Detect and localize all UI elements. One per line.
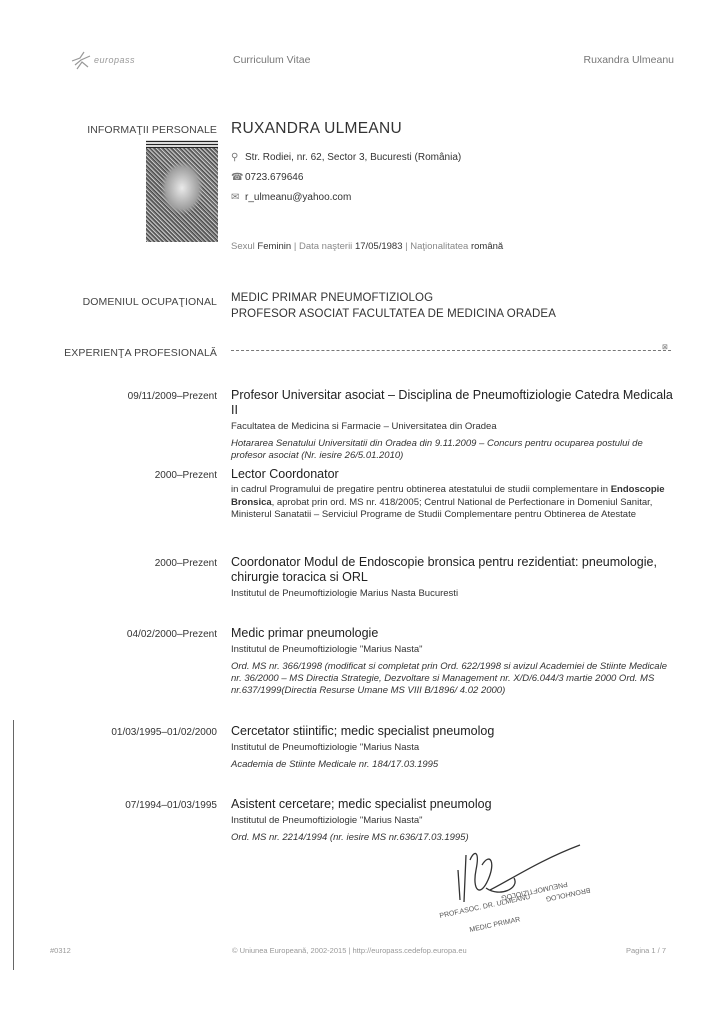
- header-person-name: Ruxandra Ulmeanu: [584, 54, 674, 66]
- europass-logo: europass: [70, 50, 160, 70]
- job-title: Asistent cercetare; medic specialist pne…: [231, 797, 676, 812]
- occupation-line-2: PROFESOR ASOCIAT FACULTATEA DE MEDICINA …: [231, 308, 556, 320]
- job-description: in cadrul Programului de pregatire pentr…: [231, 484, 676, 522]
- birth-date-value: 17/05/1983: [355, 241, 403, 252]
- job-note: Ord. MS nr. 366/1998 (modificat si compl…: [231, 661, 676, 697]
- job-date: 2000–Prezent: [0, 470, 217, 481]
- nationality-label: Naţionalitatea: [410, 241, 468, 252]
- job-entry: Asistent cercetare; medic specialist pne…: [231, 797, 676, 844]
- job-note: Hotararea Senatului Universitatii din Or…: [231, 438, 676, 462]
- europass-star-icon: [70, 51, 90, 69]
- personal-details-line: Sexul Feminin | Data naşterii 17/05/1983…: [231, 241, 503, 252]
- address-text: Str. Rodiei, nr. 62, Sector 3, Bucuresti…: [245, 152, 461, 163]
- svg-text:MEDIC PRIMAR: MEDIC PRIMAR: [469, 916, 521, 934]
- job-organization: Institutul de Pneumoftiziologie Marius N…: [231, 588, 676, 600]
- page-edge-line: [13, 720, 14, 970]
- job-entry: Medic primar pneumologie Institutul de P…: [231, 626, 676, 697]
- section-label-occupation: DOMENIUL OCUPAŢIONAL: [0, 296, 217, 308]
- phone-text: 0723.679646: [245, 172, 303, 183]
- job-title: Medic primar pneumologie: [231, 626, 676, 641]
- page-header: europass Curriculum Vitae Ruxandra Ulmea…: [0, 50, 724, 74]
- job-entry: Profesor Universitar asociat – Disciplin…: [231, 388, 676, 462]
- section-label-personal: INFORMAŢII PERSONALE: [0, 124, 217, 136]
- section-label-experience: EXPERIENŢA PROFESIONALĂ: [0, 347, 217, 359]
- footer-id: #0312: [50, 946, 71, 955]
- job-organization: Facultatea de Medicina si Farmacie – Uni…: [231, 421, 676, 433]
- job-note: Academia de Stiinte Medicale nr. 184/17.…: [231, 759, 676, 771]
- occupation-line-1: MEDIC PRIMAR PNEUMOFTIZIOLOG: [231, 292, 433, 304]
- email-row: ✉ r_ulmeanu@yahoo.com: [231, 192, 351, 203]
- nationality-value: română: [471, 241, 503, 252]
- job-organization: Institutul de Pneumoftiziologie "Marius …: [231, 644, 676, 656]
- job-date: 2000–Prezent: [0, 558, 217, 569]
- location-pin-icon: ⚲: [231, 152, 245, 163]
- job-organization: Institutul de Pneumoftiziologie "Marius …: [231, 815, 676, 827]
- job-entry: Lector Coordonator in cadrul Programului…: [231, 467, 676, 522]
- job-title: Profesor Universitar asociat – Disciplin…: [231, 388, 676, 418]
- job-organization: Institutul de Pneumoftiziologie "Marius …: [231, 742, 676, 754]
- address-row: ⚲ Str. Rodiei, nr. 62, Sector 3, Bucures…: [231, 152, 461, 163]
- email-icon: ✉: [231, 192, 245, 203]
- job-date: 04/02/2000–Prezent: [0, 629, 217, 640]
- section-divider: [231, 350, 671, 351]
- birth-label: Data naşterii: [299, 241, 352, 252]
- job-entry: Cercetator stiintific; medic specialist …: [231, 724, 676, 771]
- email-link[interactable]: r_ulmeanu@yahoo.com: [245, 192, 351, 203]
- job-title: Cercetator stiintific; medic specialist …: [231, 724, 676, 739]
- divider-mark: ⊠: [662, 343, 668, 351]
- document-type: Curriculum Vitae: [233, 54, 310, 66]
- job-title: Coordonator Modul de Endoscopie bronsica…: [231, 555, 676, 585]
- job-date: 09/11/2009–Prezent: [0, 391, 217, 402]
- logo-text: europass: [94, 55, 135, 65]
- job-title: Lector Coordonator: [231, 467, 676, 482]
- person-name: RUXANDRA ULMEANU: [231, 120, 402, 138]
- profile-photo: [146, 140, 218, 242]
- signature-stamp: PROF.ASOC. DR. ULMEANU MEDIC PRIMAR PNEU…: [430, 840, 670, 960]
- stamp-text: PROF.ASOC. DR. ULMEANU MEDIC PRIMAR PNEU…: [439, 880, 591, 934]
- phone-row: ☎ 0723.679646: [231, 172, 303, 183]
- footer-copyright: © Uniunea Europeană, 2002-2015 | http://…: [232, 946, 467, 955]
- sex-label: Sexul: [231, 241, 255, 252]
- job-date: 07/1994–01/03/1995: [0, 800, 217, 811]
- job-entry: Coordonator Modul de Endoscopie bronsica…: [231, 555, 676, 600]
- sex-value: Feminin: [257, 241, 291, 252]
- phone-icon: ☎: [231, 172, 245, 183]
- page-number: Pagina 1 / 7: [626, 946, 666, 955]
- job-date: 01/03/1995–01/02/2000: [0, 727, 217, 738]
